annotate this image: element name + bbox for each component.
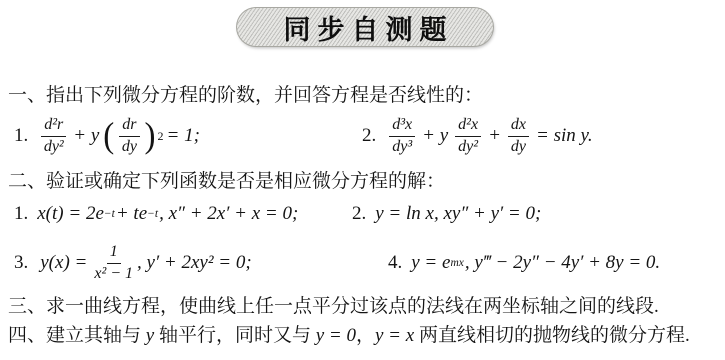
exponent: −t xyxy=(147,208,158,220)
problem-2-1: 1. x(t) = 2e−t + te−t, x″ + 2x′ + x = 0; xyxy=(14,199,298,229)
numerator: d³x xyxy=(389,116,415,136)
math-text: = 1; xyxy=(167,125,200,147)
math-text: y = 0 xyxy=(316,325,356,346)
section-4-heading: 四、建立其轴与 y 轴平行，同时又与 y = 0，y = x 两直线相切的抛物线… xyxy=(8,324,690,348)
fraction: d³x dy³ xyxy=(389,116,415,156)
math-text: , x″ + 2x′ + x = 0; xyxy=(159,203,298,225)
math-text: y = ln x, xy″ + y′ = 0; xyxy=(375,203,541,225)
numerator: 1 xyxy=(107,243,121,263)
denominator: dy² xyxy=(44,137,64,156)
numerator: d²r xyxy=(41,116,66,136)
problem-number: 4. xyxy=(388,252,402,274)
numerator: d²x xyxy=(455,116,481,136)
math-text: , y′ + 2xy² = 0; xyxy=(137,252,252,274)
math-text: + te xyxy=(116,203,147,225)
page-title: 同步自测题 xyxy=(277,8,454,47)
fraction: d²r dy² xyxy=(41,116,66,156)
denominator: dy² xyxy=(458,137,478,156)
textbook-page: 同步自测题 一、指出下列微分方程的阶数，并回答方程是否线性的： 1. d²r d… xyxy=(0,0,725,360)
problem-number: 2. xyxy=(362,125,376,147)
open-paren: ( xyxy=(103,118,114,154)
math-text: y xyxy=(146,325,154,346)
math-text: = sin y. xyxy=(536,125,593,147)
section-1-heading: 一、指出下列微分方程的阶数，并回答方程是否线性的： xyxy=(8,84,483,108)
fraction: d²x dy² xyxy=(455,116,481,156)
numerator: dr xyxy=(119,116,139,136)
math-text: + y xyxy=(73,125,99,147)
denominator: dy xyxy=(511,137,526,156)
problem-2-4: 4. y = emx, y‴ − 2y″ − 4y′ + 8y = 0. xyxy=(388,237,660,289)
denominator: x² − 1 xyxy=(94,264,133,283)
problem-1-1: 1. d²r dy² + y ( dr dy ) 2 = 1; xyxy=(14,110,203,162)
problem-number: 3. xyxy=(14,252,28,274)
fraction: 1 x² − 1 xyxy=(94,243,133,283)
math-text: x(t) = 2e xyxy=(37,203,104,225)
denominator: dy³ xyxy=(392,137,412,156)
exponent: −t xyxy=(104,208,115,220)
problem-1-2: 2. d³x dy³ + y d²x dy² + dx dy = sin y. xyxy=(362,110,596,162)
problem-number: 2. xyxy=(352,203,366,225)
problem-number: 1. xyxy=(14,203,28,225)
exponent: 2 xyxy=(158,129,164,144)
problem-2-2: 2. y = ln x, xy″ + y′ = 0; xyxy=(352,199,541,229)
math-text: y = x xyxy=(375,325,414,346)
math-text: y(x) = xyxy=(40,252,87,274)
math-text: + xyxy=(488,125,501,147)
numerator: dx xyxy=(508,116,529,136)
math-text: y = e xyxy=(411,252,450,274)
fraction: dx dy xyxy=(508,116,529,156)
math-text: , y‴ − 2y″ − 4y′ + 8y = 0. xyxy=(465,252,660,274)
heading-text: 四、建立其轴与 xyxy=(8,325,146,346)
problem-2-3: 3. y(x) = 1 x² − 1 , y′ + 2xy² = 0; xyxy=(14,237,252,289)
title-badge: 同步自测题 xyxy=(237,8,493,46)
heading-text: ， xyxy=(356,325,375,346)
problem-number: 1. xyxy=(14,125,28,147)
heading-text: 轴平行，同时又与 xyxy=(154,325,316,346)
fraction: dr dy xyxy=(119,116,139,156)
section-2-heading: 二、验证或确定下列函数是否是相应微分方程的解： xyxy=(8,170,445,194)
exponent: mx xyxy=(450,257,463,269)
close-paren: ) xyxy=(145,118,156,154)
section-3-heading: 三、求一曲线方程，使曲线上任一点平分过该点的法线在两坐标轴之间的线段. xyxy=(8,295,659,319)
heading-text: 两直线相切的抛物线的微分方程. xyxy=(414,325,690,346)
math-text: + y xyxy=(422,125,448,147)
denominator: dy xyxy=(122,137,137,156)
